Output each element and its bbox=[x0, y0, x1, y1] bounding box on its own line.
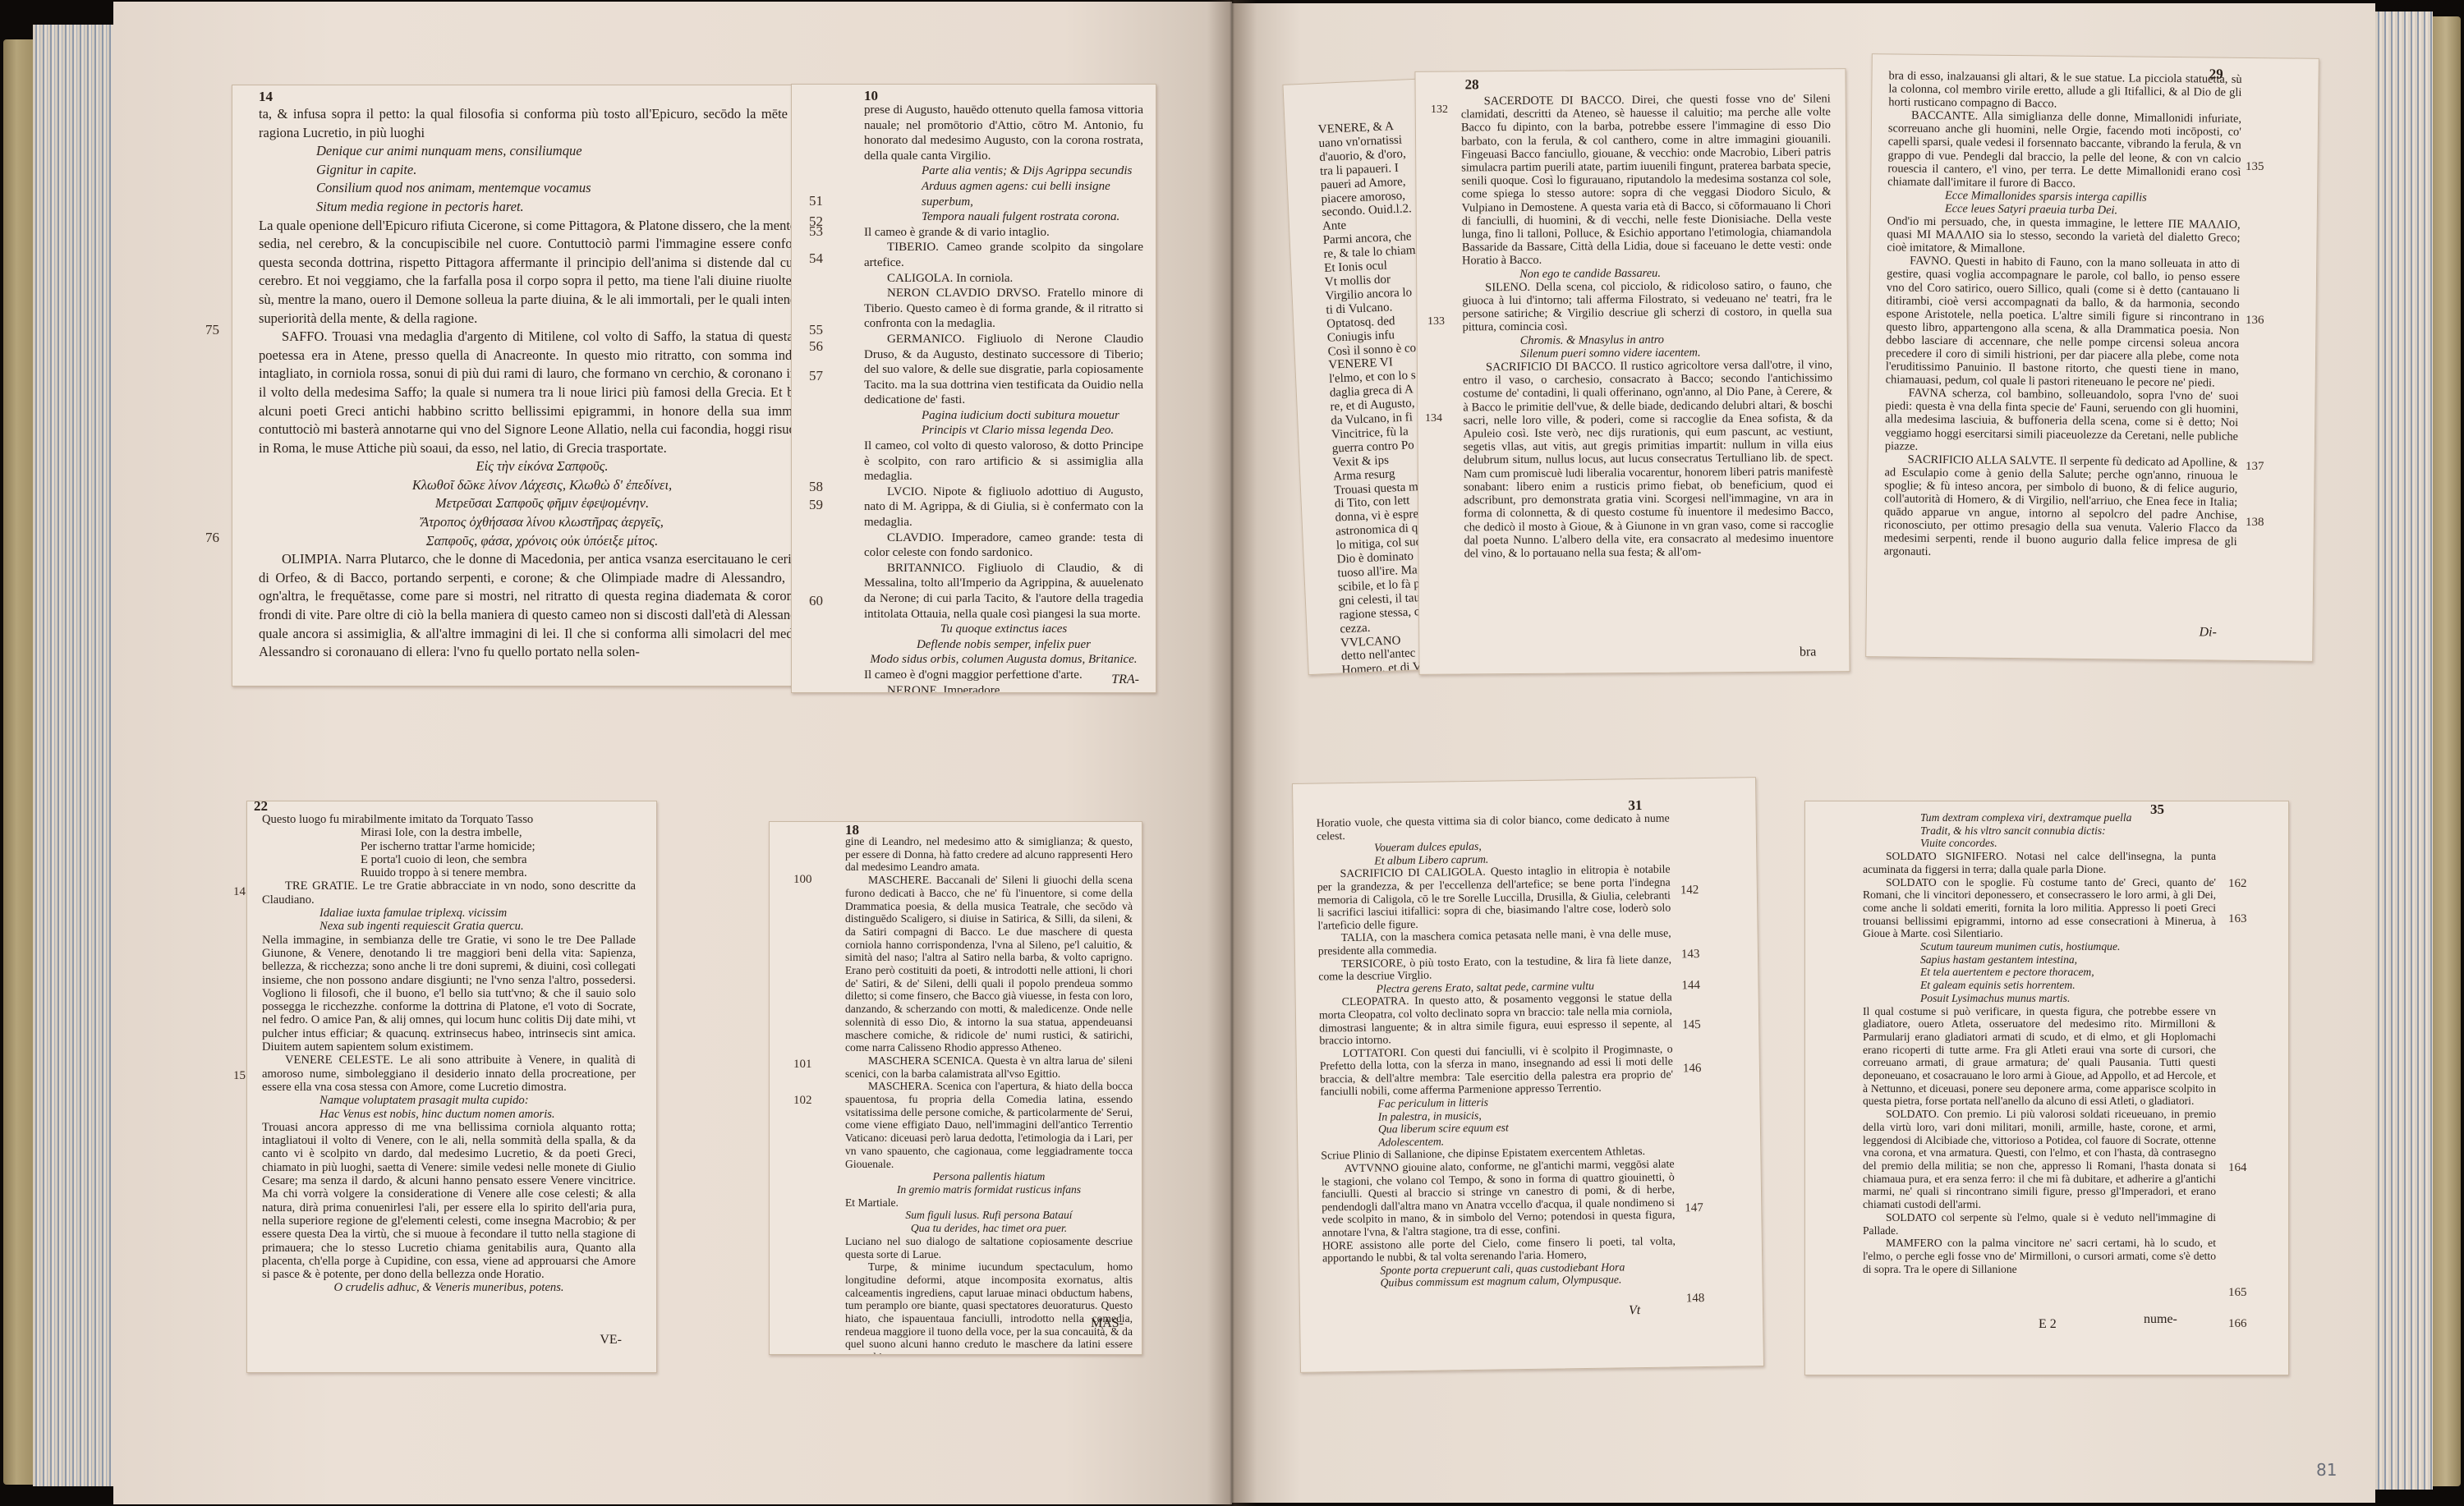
slip-paragraph: Gignitur in capite. bbox=[259, 161, 825, 180]
slip-paragraph: Luciano nel suo dialogo de saltatione co… bbox=[845, 1235, 1133, 1260]
margin-number: 101 bbox=[793, 1058, 812, 1072]
slip-paragraph: Tum dextram complexa viri, dextramque pu… bbox=[1863, 811, 2216, 824]
printed-slip-page-22: 22 Questo luogo fu mirabilmente imitato … bbox=[246, 801, 657, 1373]
catchword: TRA- bbox=[1111, 673, 1139, 687]
margin-number: 143 bbox=[1681, 948, 1700, 962]
slip-paragraph: LOTTATORI. Con questi dui fanciulli, vi … bbox=[1320, 1042, 1674, 1098]
slip-paragraph: AVTVNNO giouine alato, conforme, ne gl'a… bbox=[1321, 1158, 1675, 1240]
slip-paragraph: CLEOPATRA. In questo atto, & posamento v… bbox=[1319, 991, 1673, 1047]
margin-number: 138 bbox=[2246, 516, 2264, 530]
printed-slip-page-29: 29 bra di esso, inalzauansi gli altari, … bbox=[1865, 53, 2319, 662]
slip-paragraph: Deflende nobis semper, infelix puer bbox=[864, 637, 1143, 653]
book-cover-left-edge bbox=[3, 39, 36, 1485]
slip-paragraph: Trouasi ancora appresso di me vna bellis… bbox=[262, 1121, 636, 1282]
printed-slip-page-18: 18 gine di Leandro, nel medesimo atto & … bbox=[769, 821, 1142, 1355]
catchword: MAS- bbox=[1091, 1316, 1124, 1331]
margin-number: 133 bbox=[1427, 315, 1445, 328]
folio-number: 28 bbox=[1464, 76, 1478, 93]
slip-paragraph: La quale openione dell'Epicuro rifiuta C… bbox=[259, 217, 825, 328]
slip-paragraph: Viuite concordes. bbox=[1863, 837, 2216, 850]
slip-paragraph: VENERE CELESTE. Le ali sono attribuite à… bbox=[262, 1054, 636, 1094]
slip-paragraph: SAFFO. Trouasi vna medaglia d'argento di… bbox=[259, 328, 825, 457]
slip-text: bra di esso, inalzauansi gli altari, & l… bbox=[1883, 69, 2241, 562]
folio-number: 14 bbox=[259, 89, 273, 105]
margin-number: 58 bbox=[809, 479, 823, 495]
slip-text: prese di Augusto, hauēdo ottenuto quella… bbox=[864, 103, 1143, 693]
printed-slip-page-31: 31 Horatio vuole, che questa vittima sia… bbox=[1292, 777, 1764, 1373]
slip-text: Horatio vuole, che questa vittima sia di… bbox=[1317, 812, 1676, 1291]
slip-paragraph: SACRIFICIO DI CALIGOLA. Questo intaglio … bbox=[1317, 863, 1671, 932]
slip-paragraph: E porta'l cuoio di leon, che sembra bbox=[262, 853, 636, 866]
margin-number: 59 bbox=[809, 497, 823, 513]
slip-paragraph: Hac Venus est nobis, hinc ductum nomen a… bbox=[262, 1108, 636, 1121]
slip-paragraph: Il qual costume si può verificare, in qu… bbox=[1863, 1005, 2216, 1109]
slip-paragraph: Idaliae iuxta famulae triplexq. vicissim bbox=[262, 907, 636, 920]
book-gutter bbox=[1207, 0, 1257, 1506]
slip-paragraph: Mirasi Iole, con la destra imbelle, bbox=[262, 826, 636, 839]
margin-number: 164 bbox=[2228, 1161, 2247, 1175]
margin-number: 142 bbox=[1680, 884, 1699, 898]
slip-paragraph: SACRIFICIO DI BACCO. Il rustico agricolt… bbox=[1463, 358, 1834, 560]
margin-number: 54 bbox=[809, 250, 823, 267]
slip-text: Questo luogo fu mirabilmente imitato da … bbox=[262, 813, 636, 1295]
slip-paragraph: Tu quoque extinctus iaces bbox=[864, 622, 1143, 637]
margin-number: 165 bbox=[2228, 1286, 2247, 1300]
margin-number: 76 bbox=[205, 530, 219, 546]
slip-paragraph: Κλωθοῖ δῶκε λίνον Λάχεσις, Κλωθὼ δ' ἐπεδ… bbox=[259, 476, 825, 495]
margin-number: 162 bbox=[2228, 877, 2247, 891]
slip-paragraph: Situm media regione in pectoris haret. bbox=[259, 198, 825, 217]
printed-slip-page-28: 28 SACERDOTE DI BACCO. Direi, che questi… bbox=[1414, 68, 1850, 675]
slip-paragraph: In gremio matris formidat rusticus infan… bbox=[845, 1183, 1133, 1196]
slip-paragraph: CLAVDIO. Imperadore, cameo grande: testa… bbox=[864, 530, 1143, 561]
slip-paragraph: Arduus agmen agens: cui belli insigne su… bbox=[864, 179, 1143, 209]
slip-paragraph: Ruuido troppo à si tenere membra. bbox=[262, 866, 636, 879]
slip-paragraph: Sapius hastam gestantem intestina, bbox=[1863, 953, 2216, 967]
slip-paragraph: Il cameo, col volto di questo valoroso, … bbox=[864, 438, 1143, 484]
slip-paragraph: Tradit, & his vltro sancit connubia dict… bbox=[1863, 824, 2216, 838]
slip-paragraph: Parte alia ventis; & Dijs Agrippa secund… bbox=[864, 163, 1143, 179]
slip-paragraph: Denique cur animi nunquam mens, consiliu… bbox=[259, 142, 825, 161]
slip-paragraph: Modo sidus orbis, columen Augusta domus,… bbox=[864, 652, 1143, 668]
slip-paragraph: SILENO. Della scena, col picciolo, & rid… bbox=[1462, 278, 1832, 334]
signature-mark: E 2 bbox=[2039, 1317, 2057, 1332]
slip-paragraph: SACRIFICIO ALLA SALVTE. Il serpente fù d… bbox=[1883, 452, 2237, 562]
slip-paragraph: Per ischerno trattar l'arme homicide; bbox=[262, 840, 636, 853]
margin-number: 134 bbox=[1425, 412, 1442, 425]
slip-paragraph: Et Martiale. bbox=[845, 1196, 1133, 1210]
catchword: Di- bbox=[2199, 625, 2217, 640]
margin-number: 56 bbox=[809, 338, 823, 355]
slip-paragraph: MASCHERA. Scenica con l'apertura, & hiat… bbox=[845, 1080, 1133, 1170]
slip-paragraph: TRE GRATIE. Le tre Gratie abbracciate in… bbox=[262, 879, 636, 907]
slip-paragraph: Sum figuli lusus. Rufi persona Batauí bbox=[845, 1209, 1133, 1222]
margin-number: 146 bbox=[1683, 1062, 1702, 1076]
slip-paragraph: Tempora nauali fulgent rostrata corona. bbox=[864, 209, 1143, 225]
margin-number: 15 bbox=[233, 1069, 246, 1083]
slip-text: gine di Leandro, nel medesimo atto & sim… bbox=[845, 835, 1133, 1355]
margin-number: 137 bbox=[2246, 460, 2264, 474]
slip-paragraph: Ond'io mi persuado, che, in questa immag… bbox=[1887, 214, 2240, 258]
margin-number: 132 bbox=[1431, 103, 1448, 117]
page-edges-left bbox=[33, 25, 115, 1486]
slip-paragraph: ta, & infusa sopra il petto: la qual fil… bbox=[259, 105, 825, 142]
printed-slip-page-35: 35 Tum dextram complexa viri, dextramque… bbox=[1804, 801, 2289, 1375]
printed-slip-page-14: 14 ta, & infusa sopra il petto: la qual … bbox=[232, 85, 852, 686]
margin-number: 147 bbox=[1685, 1201, 1703, 1215]
slip-paragraph: Persona pallentis hiatum bbox=[845, 1170, 1133, 1183]
slip-paragraph: SOLDATO. Con premio. Li più valorosi sol… bbox=[1863, 1108, 2216, 1211]
margin-number: 75 bbox=[205, 322, 219, 338]
slip-paragraph: Principis vt Clario missa legenda Deo. bbox=[864, 423, 1143, 438]
slip-paragraph: bra di esso, inalzauansi gli altari, & l… bbox=[1888, 69, 2241, 112]
margin-number: 102 bbox=[793, 1094, 812, 1108]
catchword: Vt bbox=[1629, 1303, 1640, 1318]
slip-paragraph: O crudelis adhuc, & Veneris muneribus, p… bbox=[262, 1281, 636, 1294]
slip-paragraph: Consilium quod nos animam, mentemque voc… bbox=[259, 179, 825, 198]
slip-paragraph: CALIGOLA. In corniola. bbox=[864, 271, 1143, 287]
slip-paragraph: BRITANNICO. Figliuolo di Claudio, & di M… bbox=[864, 561, 1143, 622]
margin-number: 55 bbox=[809, 322, 823, 338]
margin-number: 14 bbox=[233, 885, 246, 899]
margin-number: 145 bbox=[1682, 1018, 1701, 1032]
slip-paragraph: FAVNO. Questi in habito di Fauno, con la… bbox=[1886, 255, 2241, 390]
catchword: VE- bbox=[600, 1333, 622, 1348]
margin-number: 136 bbox=[2246, 314, 2264, 328]
slip-paragraph: MASCHERE. Baccanali de' Sileni li giuoch… bbox=[845, 874, 1133, 1054]
margin-number: 57 bbox=[809, 368, 823, 384]
slip-paragraph: NERON CLAVDIO DRVSO. Fratello minore di … bbox=[864, 286, 1143, 332]
catchword: nume- bbox=[2144, 1312, 2177, 1327]
slip-paragraph: Il cameo è grande & di vario intaglio. bbox=[864, 225, 1143, 241]
slip-paragraph: Pagina iudicium docti subitura mouetur bbox=[864, 408, 1143, 424]
slip-paragraph: Εἰς τὴν εἰκόνα Σαπφοῦς. bbox=[259, 457, 825, 476]
folio-number: 10 bbox=[864, 88, 878, 104]
page-edges-right bbox=[2375, 11, 2433, 1490]
slip-text: SACERDOTE DI BACCO. Direi, che questi fo… bbox=[1461, 92, 1834, 560]
slip-paragraph: SOLDATO con le spoglie. Fù costume tanto… bbox=[1863, 876, 2216, 941]
slip-paragraph: Nella immagine, in sembianza delle tre G… bbox=[262, 934, 636, 1054]
slip-text: ta, & infusa sopra il petto: la qual fil… bbox=[259, 105, 825, 662]
slip-paragraph: TIBERIO. Cameo grande scolpito da singol… bbox=[864, 240, 1143, 270]
slip-paragraph: Scutum taureum munimen cutis, hostiumque… bbox=[1863, 940, 2216, 953]
slip-paragraph: SACERDOTE DI BACCO. Direi, che questi fo… bbox=[1461, 92, 1832, 268]
slip-paragraph: Namque voluptatem prasagit multa cupido: bbox=[262, 1094, 636, 1107]
slip-paragraph: Nexa sub ingenti requiescit Gratia querc… bbox=[262, 920, 636, 933]
slip-paragraph: FAVNA scherza, col bambino, solleuandolo… bbox=[1885, 387, 2239, 457]
slip-paragraph: Et tela auertentem e pectore thoracem, bbox=[1863, 966, 2216, 979]
slip-paragraph: Et galeam equinis setis horrentem. bbox=[1863, 979, 2216, 992]
slip-paragraph: Turpe, & minime iucundum spectaculum, ho… bbox=[845, 1260, 1133, 1355]
handwritten-folio-number: 81 bbox=[2316, 1460, 2337, 1480]
book-cover-right-edge bbox=[2431, 16, 2461, 1486]
printed-slip-page-10: 10 prese di Augusto, hauēdo ottenuto que… bbox=[791, 84, 1156, 693]
margin-number: 60 bbox=[809, 593, 823, 609]
slip-paragraph: prese di Augusto, hauēdo ottenuto quella… bbox=[864, 103, 1143, 163]
slip-paragraph: LVCIO. Nipote & figliuolo adottiuo di Au… bbox=[864, 484, 1143, 530]
slip-paragraph: Qua tu derides, hac timet ora puer. bbox=[845, 1222, 1133, 1235]
slip-paragraph: Il cameo è d'ogni maggior perfettione d'… bbox=[864, 668, 1143, 683]
slip-paragraph: BACCANTE. Alla simiglianza delle donne, … bbox=[1887, 109, 2241, 192]
slip-paragraph: GERMANICO. Figliuolo di Nerone Claudio D… bbox=[864, 332, 1143, 408]
margin-number: 144 bbox=[1681, 979, 1700, 993]
margin-number: 100 bbox=[793, 873, 812, 887]
slip-paragraph: Ἄτροπος ὀχθήσασα λίνου κλωστῆρας ἀεργεῖς… bbox=[259, 513, 825, 532]
slip-paragraph: NERONE. Imperadore. bbox=[864, 683, 1143, 693]
slip-paragraph: Μετρεῦσαι Σαπφοῦς φῆμιν ἐφεψομένην. bbox=[259, 494, 825, 513]
margin-number: 163 bbox=[2228, 912, 2247, 926]
catchword: bra bbox=[1800, 645, 1817, 659]
slip-paragraph: gine di Leandro, nel medesimo atto & sim… bbox=[845, 835, 1133, 874]
slip-paragraph: SOLDATO SIGNIFERO. Notasi nel calce dell… bbox=[1863, 850, 2216, 875]
slip-paragraph: OLIMPIA. Narra Plutarco, che le donne di… bbox=[259, 550, 825, 662]
margin-number: 135 bbox=[2246, 160, 2264, 174]
slip-text: Tum dextram complexa viri, dextramque pu… bbox=[1863, 811, 2216, 1275]
slip-paragraph: SOLDATO col serpente sù l'elmo, quale si… bbox=[1863, 1211, 2216, 1237]
slip-paragraph: Posuit Lysimachus munus martis. bbox=[1863, 992, 2216, 1005]
margin-number: 166 bbox=[2228, 1317, 2247, 1331]
margin-number: 148 bbox=[1686, 1292, 1705, 1306]
slip-paragraph: Questo luogo fu mirabilmente imitato da … bbox=[262, 813, 636, 826]
slip-paragraph: MASCHERA SCENICA. Questa è vn altra laru… bbox=[845, 1054, 1133, 1080]
slip-paragraph: Σαπφοῦς, φάσα, χρόνοις οὐκ ὑπόειξε μίτος… bbox=[259, 532, 825, 551]
slip-paragraph: MAMFERO con la palma vincitore ne' sacri… bbox=[1863, 1237, 2216, 1275]
margin-number: 53 bbox=[809, 223, 823, 240]
margin-number: 51 bbox=[809, 193, 823, 209]
